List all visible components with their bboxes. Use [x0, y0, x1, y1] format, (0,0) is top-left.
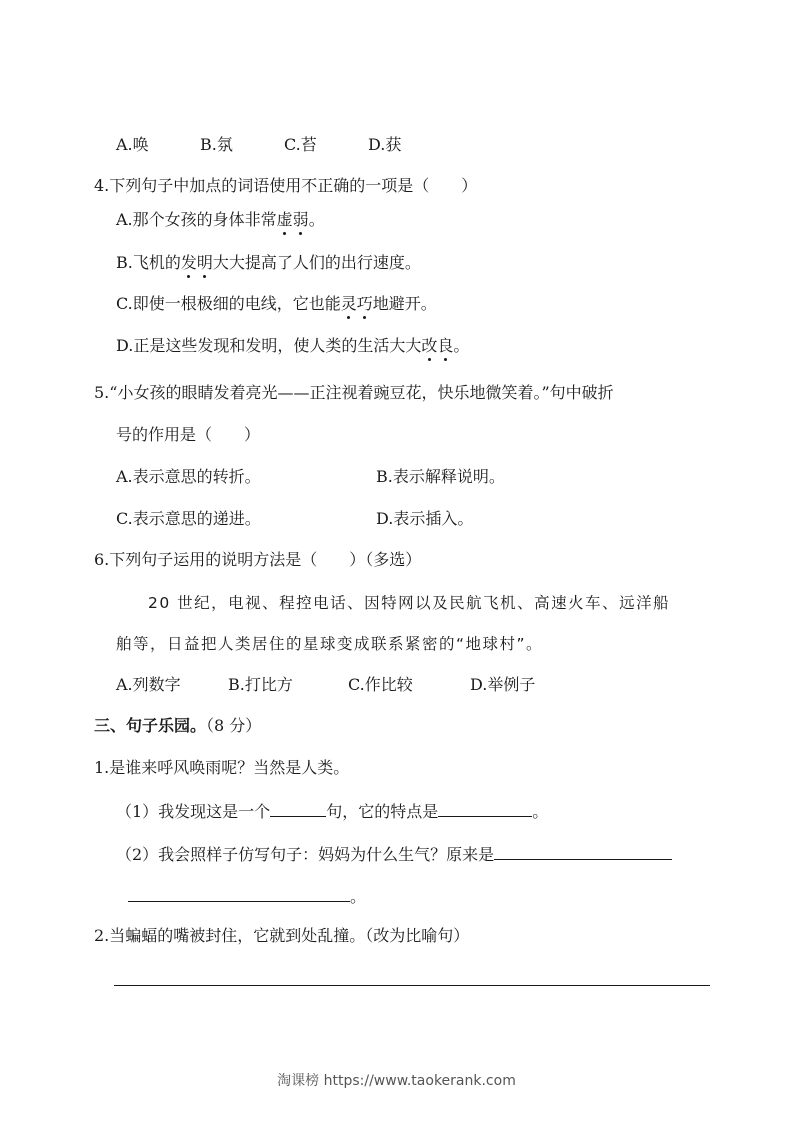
s3-q1-sub1-post: 。: [532, 802, 548, 821]
q6-passage-line1: 20 世纪，电视、程控电话、因特网以及民航飞机、高速火车、远洋船: [148, 593, 670, 613]
s3-q1-sub2-cont: 。: [128, 885, 366, 907]
q5-stem-line1: 5.“小女孩的眼睛发着亮光——正注视着豌豆花，快乐地微笑着。”句中破折: [94, 383, 614, 403]
footer-watermark: 淘课榜 https://www.taokerank.com: [0, 1070, 793, 1090]
s3-q1-sub2-post: 。: [350, 887, 366, 906]
q4-c-text: C.即使一根极细的电线，它也能: [116, 294, 341, 313]
q4-option-a: A.那个女孩的身体非常虚弱。: [116, 210, 325, 230]
s3-q1-sub1-mid: 句，它的特点是: [326, 802, 438, 821]
emphasis-dot-char: 巧: [357, 294, 373, 314]
q6-stem: 6.下列句子运用的说明方法是（ ）（多选）: [94, 550, 421, 570]
q6-option-c: C.作比较: [348, 675, 413, 695]
q4-stem: 4.下列句子中加点的词语使用不正确的一项是（ ）: [94, 176, 477, 196]
q4-option-d: D.正是这些发现和发明，使人类的生活大大改良。: [116, 336, 469, 356]
s3-q1-sub2-pre: （2）我会照样子仿写句子：妈妈为什么生气？原来是: [116, 845, 494, 864]
q3-option-d: D.获: [368, 135, 401, 155]
q4-b-end: 大大提高了人们的出行速度。: [213, 253, 421, 272]
q6-passage-line2: 舶等，日益把人类居住的星球变成联系紧密的“地球村”。: [116, 634, 543, 654]
emphasis-dot-char: 良: [437, 336, 453, 356]
s3-q1-sub1-pre: （1）我发现这是一个: [116, 802, 270, 821]
q3-option-a: A.唤: [116, 135, 149, 155]
q5-stem-line2: 号的作用是（ ）: [116, 425, 260, 445]
emphasis-dot-char: 改: [421, 336, 437, 356]
q5-option-b: B.表示解释说明。: [376, 467, 505, 487]
s3-q1-stem: 1.是谁来呼风唤雨呢？当然是人类。: [94, 758, 349, 778]
answer-line[interactable]: [114, 985, 710, 986]
q3-option-c: C.苔: [284, 135, 317, 155]
q4-a-end: 。: [309, 210, 325, 229]
q5-option-c: C.表示意思的递进。: [116, 509, 261, 529]
q4-d-end: 。: [453, 336, 469, 355]
q3-option-b: B.氛: [200, 135, 233, 155]
q6-option-a: A.列数字: [116, 675, 181, 695]
emphasis-dot-char: 虚: [277, 210, 293, 230]
q5-option-d: D.表示插入。: [376, 509, 473, 529]
answer-blank[interactable]: [494, 843, 672, 860]
emphasis-dot-char: 弱: [293, 210, 309, 230]
q4-b-text: B.飞机的: [116, 253, 181, 272]
section-3-heading: 三、句子乐园。（8 分）: [94, 716, 261, 736]
section-3-title: 三、句子乐园。: [94, 716, 206, 735]
section-3-score: （8 分）: [206, 716, 261, 735]
emphasis-dot-char: 明: [197, 253, 213, 273]
q5-option-a: A.表示意思的转折。: [116, 467, 261, 487]
q4-option-b: B.飞机的发明大大提高了人们的出行速度。: [116, 253, 421, 273]
s3-q1-sub1: （1）我发现这是一个句，它的特点是。: [116, 800, 548, 822]
q4-d-text: D.正是这些发现和发明，使人类的生活大大: [116, 336, 421, 355]
q6-option-b: B.打比方: [228, 675, 293, 695]
answer-blank[interactable]: [270, 800, 326, 817]
emphasis-dot-char: 发: [181, 253, 197, 273]
q4-a-text: A.那个女孩的身体非常: [116, 210, 277, 229]
answer-blank[interactable]: [438, 800, 532, 817]
answer-blank[interactable]: [128, 885, 350, 902]
s3-q1-sub2: （2）我会照样子仿写句子：妈妈为什么生气？原来是: [116, 843, 672, 865]
q4-c-end: 地避开。: [373, 294, 437, 313]
s3-q2-stem: 2.当蝙蝠的嘴被封住，它就到处乱撞。（改为比喻句）: [94, 926, 469, 946]
emphasis-dot-char: 灵: [341, 294, 357, 314]
q4-option-c: C.即使一根极细的电线，它也能灵巧地避开。: [116, 294, 437, 314]
q6-option-d: D.举例子: [470, 675, 535, 695]
